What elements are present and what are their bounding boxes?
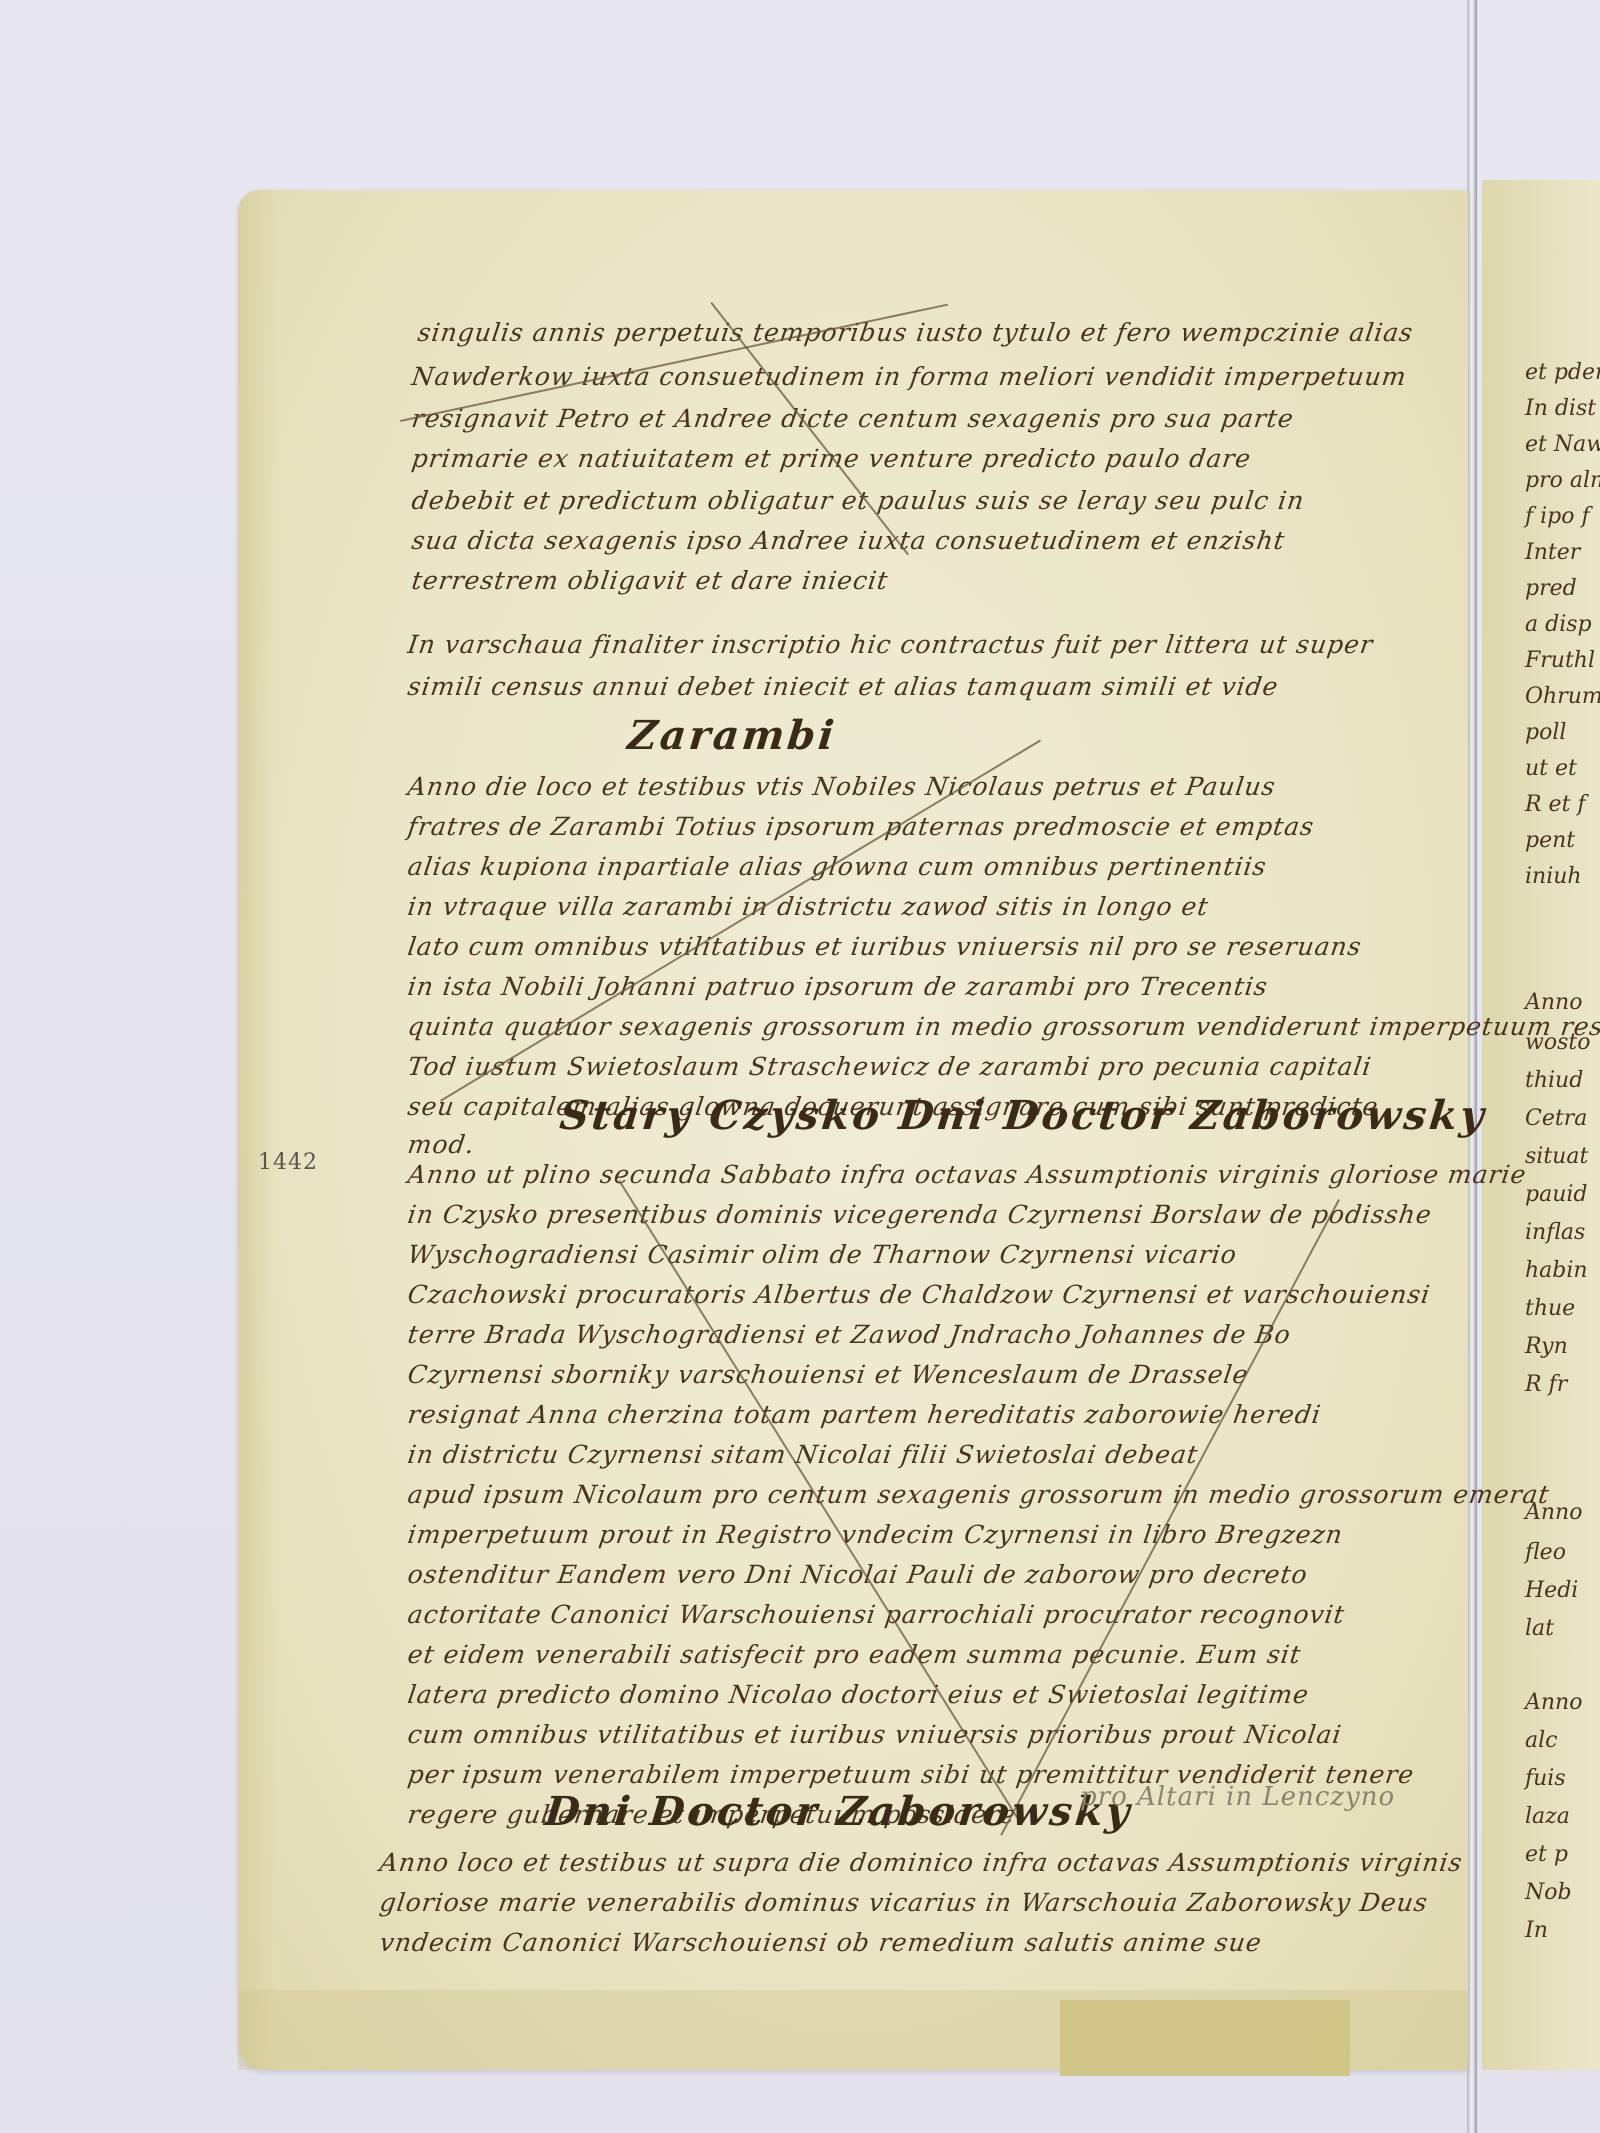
facing-page-text: fuis	[1525, 1766, 1566, 1791]
facing-page-text: et pdem	[1525, 360, 1600, 385]
facing-page-text: wosto	[1525, 1030, 1590, 1055]
facing-page-text: thue	[1525, 1296, 1575, 1321]
text-line: resignat Anna cherzina totam partem here…	[406, 1400, 1323, 1429]
text-line: simili census annui debet iniecit et ali…	[406, 672, 1281, 701]
text-line: Tod iustum Swietoslaum Straschewicz de z…	[406, 1052, 1374, 1081]
text-line: Wyschogradiensi Casimir olim de Tharnow …	[406, 1240, 1239, 1269]
facing-page-text: laza	[1525, 1804, 1570, 1829]
marginal-annotation: pro Altari in Lenczyno	[1080, 1782, 1395, 1812]
facing-page-text: inflas	[1525, 1220, 1585, 1245]
section-heading: Dni Doctor Zaborowsky	[543, 1788, 1135, 1835]
text-line: resignavit Petro et Andree dicte centum …	[410, 404, 1296, 433]
facing-page-text: et p	[1525, 1842, 1568, 1867]
facing-page-text: Anno	[1525, 1690, 1582, 1715]
text-line: quinta quatuor sexagenis grossorum in me…	[406, 1012, 1600, 1041]
facing-page-text: alc	[1525, 1728, 1557, 1753]
facing-page-text: iniuh	[1525, 864, 1582, 889]
section-heading: Zarambi	[626, 712, 840, 759]
facing-page-text: Inter	[1525, 540, 1580, 565]
text-line: apud ipsum Nicolaum pro centum sexagenis…	[406, 1480, 1552, 1509]
repair-tape	[1060, 2000, 1350, 2076]
facing-page-text: ut et	[1525, 756, 1577, 781]
text-line: Anno ut plino secunda Sabbato infra octa…	[406, 1160, 1529, 1189]
facing-page-text: situat	[1525, 1144, 1588, 1169]
facing-page-text: In	[1525, 1918, 1548, 1943]
facing-page-text: Hedi	[1525, 1578, 1578, 1603]
page-edge	[238, 190, 278, 2070]
facing-page-text: pauid	[1525, 1182, 1588, 1207]
facing-page-text: habin	[1525, 1258, 1588, 1283]
facing-page-text: pred	[1525, 576, 1577, 601]
facing-page-text: fleo	[1525, 1540, 1566, 1565]
text-line: lato cum omnibus vtilitatibus et iuribus…	[406, 932, 1364, 961]
text-line: mod.	[406, 1130, 477, 1159]
facing-page-text: f ipo f	[1525, 504, 1590, 529]
facing-page-text: In dist	[1525, 396, 1596, 421]
facing-page-text: pro alm	[1525, 468, 1600, 493]
text-line: Anno die loco et testibus vtis Nobiles N…	[406, 772, 1278, 801]
facing-page-text: Fruthl	[1525, 648, 1595, 673]
facing-page-text: poll	[1525, 720, 1566, 745]
text-line: actoritate Canonici Warschouiensi parroc…	[406, 1600, 1347, 1629]
text-line: gloriose marie venerabilis dominus vicar…	[378, 1888, 1430, 1917]
text-line: in vtraque villa zarambi in districtu za…	[406, 892, 1211, 921]
book-gutter	[1467, 0, 1477, 2133]
facing-page-text: Anno	[1525, 1500, 1582, 1525]
facing-page-text: Ohrum	[1525, 684, 1600, 709]
text-line: alias kupiona inpartiale alias glowna cu…	[406, 852, 1269, 881]
text-line: in districtu Czyrnensi sitam Nicolai fil…	[406, 1440, 1200, 1469]
facing-page-text: et Naw	[1525, 432, 1600, 457]
facing-page-text: a disp	[1525, 612, 1592, 637]
facing-page-text: Ryn	[1525, 1334, 1568, 1359]
text-line: sua dicta sexagenis ipso Andree iuxta co…	[410, 526, 1287, 555]
facing-page-text: Nob	[1525, 1880, 1572, 1905]
text-line: fratres de Zarambi Totius ipsorum patern…	[406, 812, 1316, 841]
margin-year-number: 1442	[258, 1150, 318, 1175]
facing-page-text: R et f	[1525, 792, 1586, 817]
text-line: et eidem venerabili satisfecit pro eadem…	[406, 1640, 1303, 1669]
facing-page-text: pent	[1525, 828, 1575, 853]
section-heading: Stary Czysko Dni Doctor Zaborowsky	[558, 1092, 1489, 1139]
text-line: Czyrnensi sborniky varschouiensi et Wenc…	[406, 1360, 1251, 1389]
text-line: imperpetuum prout in Registro vndecim Cz…	[406, 1520, 1345, 1549]
text-line: cum omnibus vtilitatibus et iuribus vniu…	[406, 1720, 1344, 1749]
text-line: terrestrem obligavit et dare iniecit	[410, 566, 890, 595]
facing-page-text: thiud	[1525, 1068, 1583, 1093]
facing-page-text: lat	[1525, 1616, 1554, 1641]
text-line: Anno loco et testibus ut supra die domin…	[378, 1848, 1465, 1877]
text-line: latera predicto domino Nicolao doctori e…	[406, 1680, 1311, 1709]
text-line: terre Brada Wyschogradiensi et Zawod Jnd…	[406, 1320, 1293, 1349]
text-line: vndecim Canonici Warschouiensi ob remedi…	[378, 1928, 1264, 1957]
text-line: singulis annis perpetuis temporibus iust…	[416, 318, 1415, 347]
facing-page-text: R fr	[1525, 1372, 1567, 1397]
text-line: in ista Nobili Johanni patruo ipsorum de…	[406, 972, 1270, 1001]
text-line: in Czysko presentibus dominis vicegerend…	[406, 1200, 1434, 1229]
text-line: In varschaua finaliter inscriptio hic co…	[406, 630, 1375, 659]
facing-page-text: Anno	[1525, 990, 1582, 1015]
facing-page-text: Cetra	[1525, 1106, 1587, 1131]
text-line: Czachowski procuratoris Albertus de Chal…	[406, 1280, 1432, 1309]
